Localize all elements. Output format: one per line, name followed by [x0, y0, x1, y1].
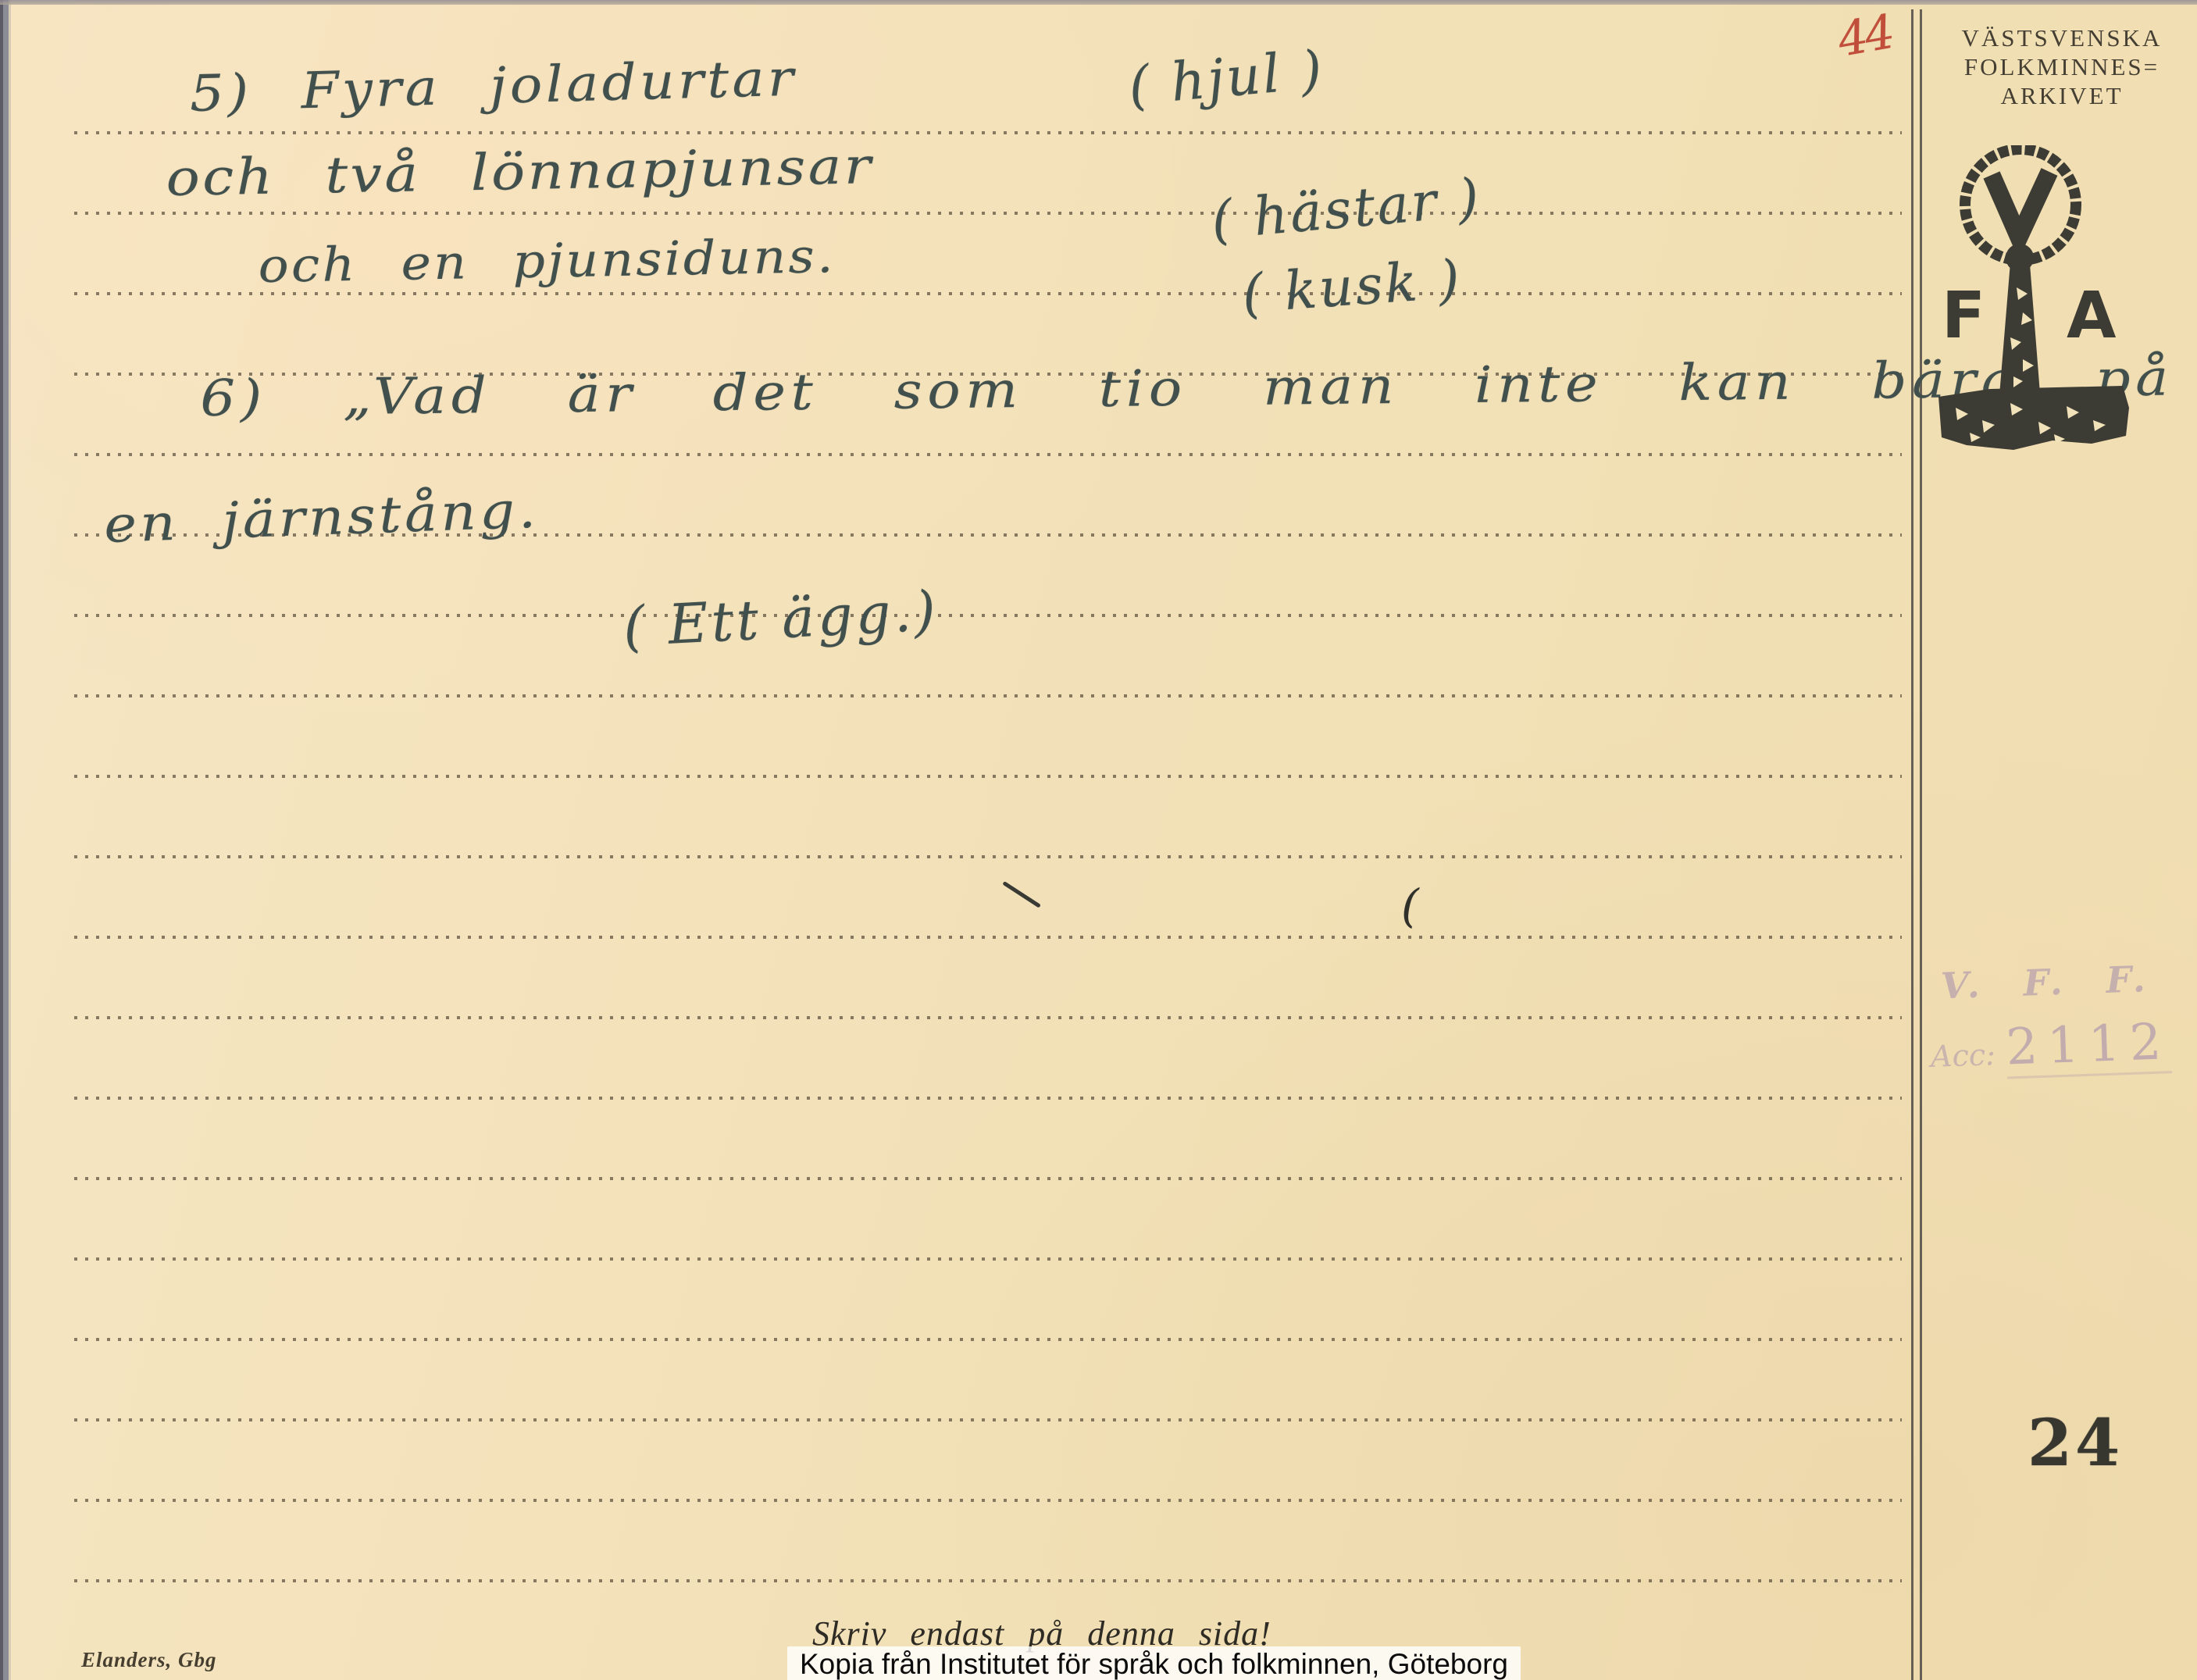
ruled-line — [74, 1338, 1902, 1341]
ruled-line — [74, 1016, 1902, 1019]
ruled-line — [74, 1257, 1902, 1261]
accession-stamp: V. F. F. Acc: 2112 — [1928, 956, 2197, 1082]
logo-letter-a: A — [2067, 279, 2117, 353]
archive-name: VÄSTSVENSKA FOLKMINNES= ARKIVET — [1931, 23, 2193, 110]
ruled-line — [74, 292, 1902, 295]
ruled-line — [74, 1499, 1902, 1502]
logo-shaft — [1999, 262, 2040, 395]
ruled-line — [74, 1097, 1902, 1100]
handwritten-answer-hastar: ( hästar ) — [1209, 167, 1483, 252]
ruled-line — [74, 614, 1902, 617]
archive-name-line2: FOLKMINNES= — [1931, 52, 2193, 81]
stray-ink-stroke — [1002, 881, 1041, 908]
copy-watermark: Kopia från Institutet för språk och folk… — [787, 1646, 1521, 1680]
stamp-org-initials: V. F. F. — [1940, 956, 2197, 1007]
ruled-line — [74, 936, 1902, 939]
scan-edge-top — [0, 0, 2197, 5]
stamp-acc-label: Acc: — [1930, 1037, 1995, 1074]
handwritten-riddle5-line3: och en pjunsiduns. — [258, 229, 836, 294]
handwritten-red-number: 44 — [1834, 5, 1896, 68]
archive-name-line3: ARKIVET — [1931, 81, 2193, 110]
printed-page-number: 24 — [2028, 1406, 2123, 1481]
handwritten-answer-kusk: ( kusk ) — [1240, 248, 1464, 325]
logo-letter-f: F — [1942, 279, 1985, 353]
ruled-line — [74, 775, 1902, 778]
ruled-line — [74, 855, 1902, 858]
ruled-line — [74, 694, 1902, 697]
margin-divider-line-2 — [1920, 9, 1922, 1680]
ruled-line — [74, 1579, 1902, 1582]
printer-imprint: Elanders, Gbg — [81, 1648, 217, 1672]
logo-hammer-head — [1938, 386, 2129, 450]
handwritten-riddle6-line2: en järnstång. — [103, 482, 540, 555]
ruled-line — [74, 1418, 1902, 1421]
ruled-line — [74, 1177, 1902, 1180]
handwritten-answer-egg: ( Ett ägg.) — [622, 579, 940, 659]
stray-paren-mark: ( — [1401, 879, 1419, 933]
stamp-acc-number: 2112 — [2005, 1013, 2171, 1079]
ruled-line — [74, 212, 1902, 215]
handwritten-riddle5-line1: 5) Fyra joladurtar — [189, 50, 797, 123]
archive-name-line1: VÄSTSVENSKA — [1931, 23, 2193, 52]
scan-edge-left — [0, 0, 11, 1680]
handwritten-riddle5-line2: och två lönnapjunsar — [166, 137, 874, 208]
ruled-line — [74, 453, 1902, 456]
ruled-line — [74, 131, 1902, 134]
margin-divider-line-1 — [1911, 9, 1913, 1680]
scanned-document-page: 44 5) Fyra joladurtar ( hjul ) och två l… — [0, 0, 2197, 1680]
handwritten-answer-hjul: ( hjul ) — [1126, 39, 1327, 118]
handwritten-riddle6-line1: 6) „Vad är det som tio man inte kan bära… — [200, 350, 2174, 428]
thors-hammer-logo-icon: F A V — [1935, 145, 2193, 481]
